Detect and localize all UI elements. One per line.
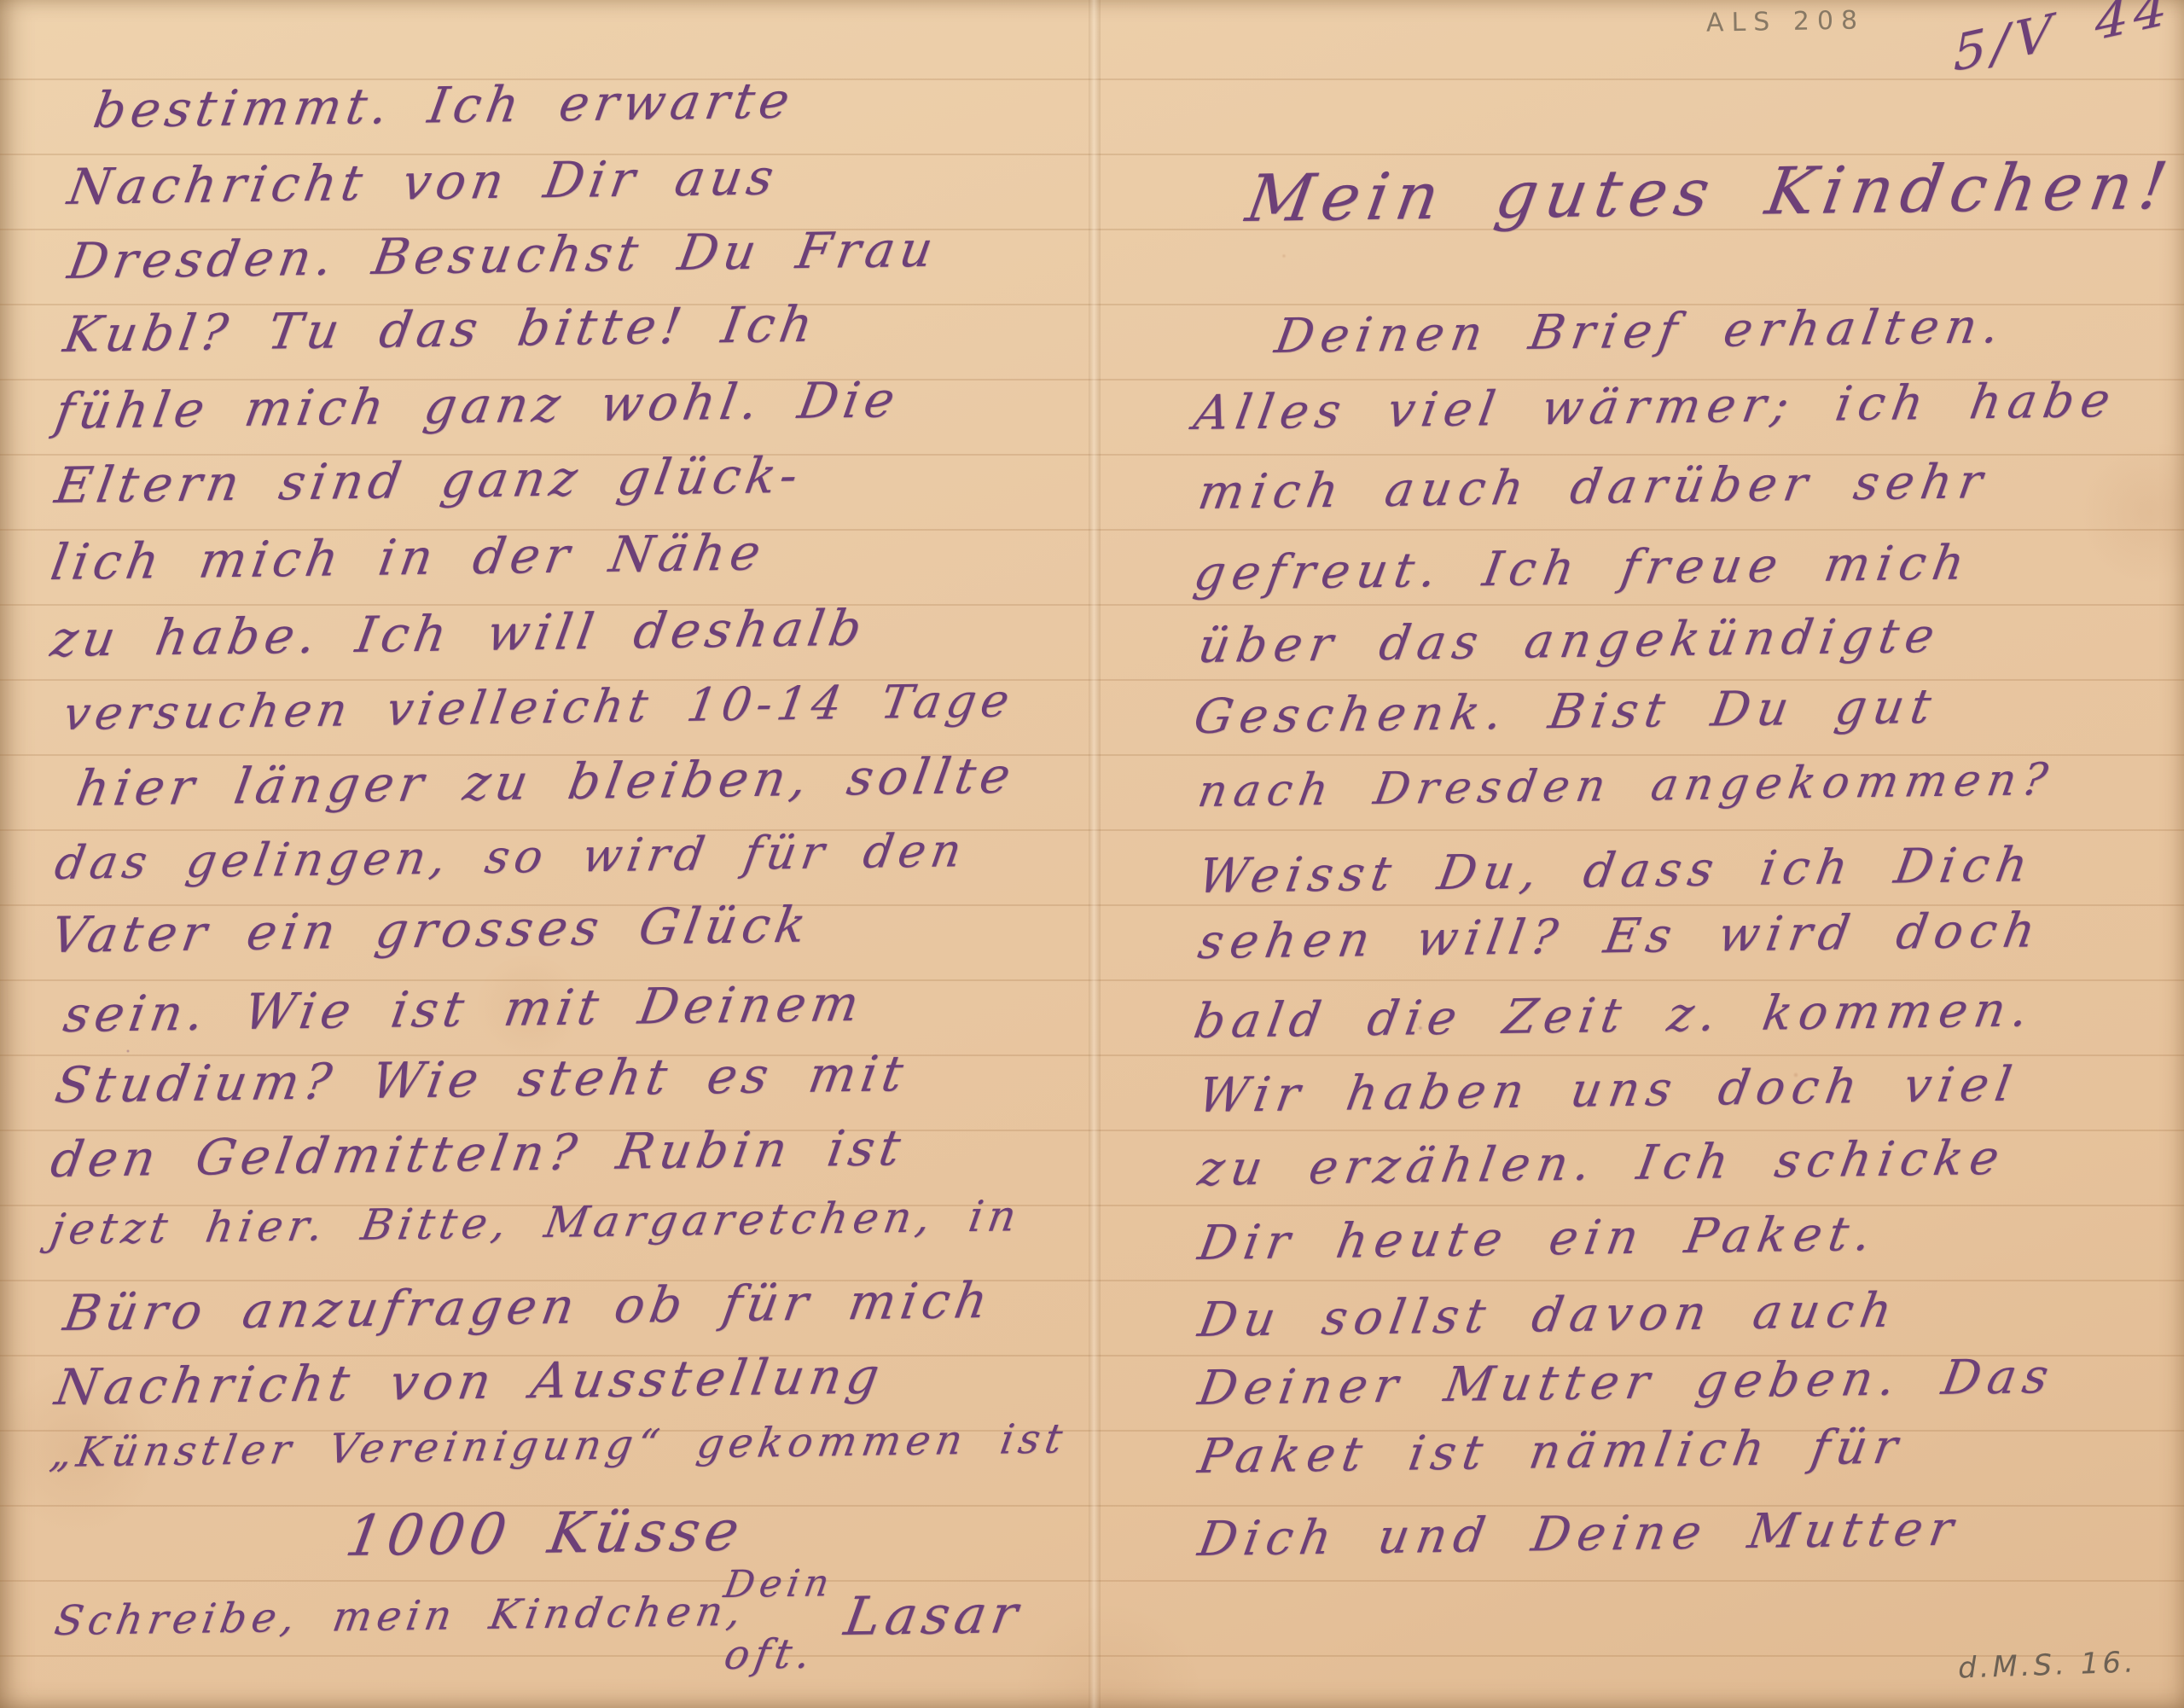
handwriting-line: nach Dresden angekommen? xyxy=(1194,754,2058,817)
handwriting-line: sehen will? Es wird doch xyxy=(1194,903,2046,970)
postscript-line: Schreibe, mein Kindchen, xyxy=(51,1588,750,1645)
handwriting-line: bald die Zeit z. kommen. xyxy=(1190,982,2039,1049)
handwriting-line: Kubl? Tu das bitte! Ich xyxy=(60,295,822,363)
handwriting-line: jetzt hier. Bitte, Margaretchen, in xyxy=(47,1191,1025,1254)
handwriting-line: lich mich in der Nähe xyxy=(47,523,770,591)
signature-word: Dein xyxy=(721,1561,837,1606)
handwriting-line: Du sollst davon auch xyxy=(1194,1283,1902,1348)
letter-sheet: ALS 208 d.M.S. 16. bestimmt. Ich erwarte… xyxy=(0,0,2184,1708)
handwriting-line: sein. Wie ist mit Deinem xyxy=(60,974,868,1043)
handwriting-line: mich auch darüber sehr xyxy=(1194,454,1993,520)
signature-name: Lasar xyxy=(840,1583,1027,1647)
handwriting-line: hier länger zu bleiben, sollte xyxy=(73,747,1019,817)
letter-date: 5/V 44 xyxy=(1953,0,2173,84)
handwriting-line: versuchen vielleicht 10-14 Tage xyxy=(60,674,1018,741)
salutation: Mein gutes Kindchen! xyxy=(1241,148,2180,236)
handwriting-line: Deinen Brief erhalten. xyxy=(1271,299,2010,364)
handwriting-line: fühle mich ganz wohl. Die xyxy=(51,370,903,440)
handwriting-line: Nachricht von Dir aus xyxy=(64,148,782,216)
handwriting-line: über das angekündigte xyxy=(1194,608,1945,674)
catalog-number-pencil: d.M.S. 16. xyxy=(1957,1645,2137,1685)
handwriting-line: zu erzählen. Ich schicke xyxy=(1194,1130,2010,1197)
postscript-end: oft. xyxy=(721,1630,819,1679)
handwriting-line: Deiner Mutter geben. Das xyxy=(1194,1349,2059,1416)
handwriting-line: Dich und Deine Mutter xyxy=(1194,1502,1964,1567)
handwriting-line: Dir heute ein Paket. xyxy=(1194,1206,1881,1271)
handwriting-line: bestimmt. Ich erwarte xyxy=(90,72,799,139)
handwriting-line: gefreut. Ich freue mich xyxy=(1190,535,1975,601)
handwriting-line: „Künstler Vereinigung“ gekommen ist xyxy=(47,1415,1071,1477)
handwriting-line: Eltern sind ganz glück- xyxy=(51,446,807,514)
handwriting-line: zu habe. Ich will deshalb xyxy=(47,599,871,668)
handwriting-line: Wir haben uns doch viel xyxy=(1194,1057,2022,1124)
handwriting-line: Vater ein grosses Glück xyxy=(47,896,815,964)
handwriting-line: Büro anzufragen ob für mich xyxy=(60,1271,996,1342)
handwriting-line: Alles viel wärmer; ich habe xyxy=(1190,373,2121,441)
handwriting-line: Studium? Wie steht es mit xyxy=(51,1044,912,1114)
handwriting-line: Weisst Du, dass ich Dich xyxy=(1194,837,2038,904)
center-fold-crease xyxy=(1089,0,1101,1708)
closing-line: 1000 Küsse xyxy=(341,1498,749,1569)
handwriting-line: Geschenk. Bist Du gut xyxy=(1190,679,1942,745)
handwriting-line: Dresden. Besuchst Du Frau xyxy=(64,220,942,290)
handwriting-line: Nachricht von Ausstellung xyxy=(51,1346,888,1416)
handwriting-line: Paket ist nämlich für xyxy=(1194,1420,1908,1484)
handwriting-line: das gelingen, so wird für den xyxy=(51,823,970,890)
archive-number-pencil: ALS 208 xyxy=(1706,5,1866,38)
handwriting-line: den Geldmitteln? Rubin ist xyxy=(47,1118,909,1188)
